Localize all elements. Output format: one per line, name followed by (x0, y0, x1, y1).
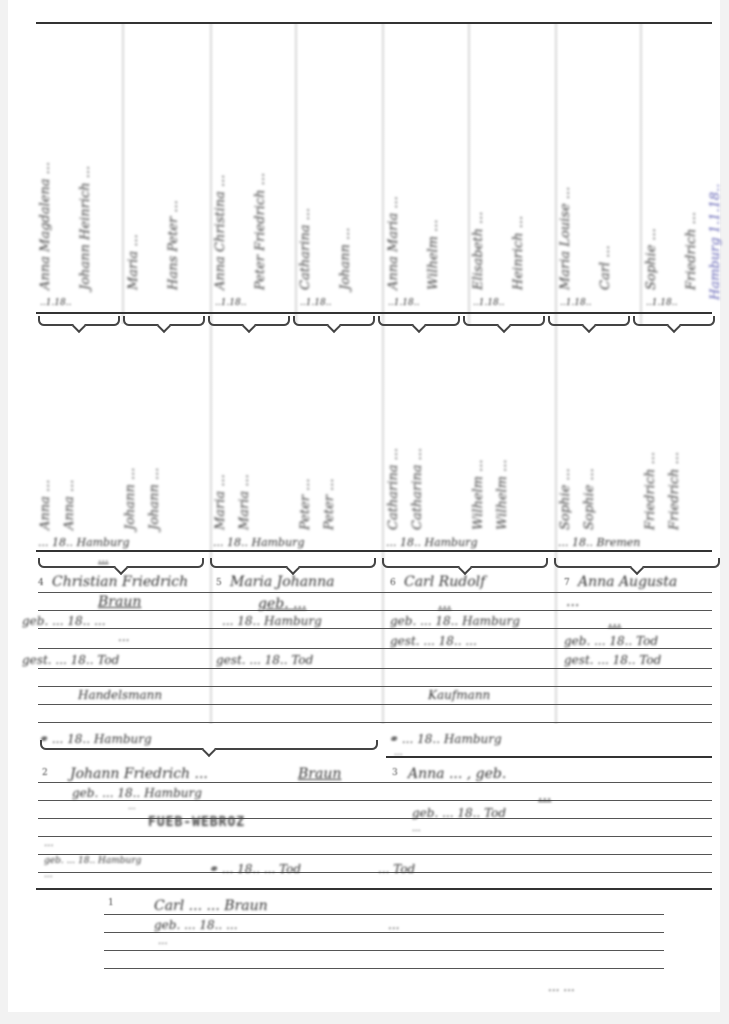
ancestor-entry: Anna Magdalena ... (38, 162, 53, 290)
brace (293, 316, 375, 326)
father-name: Johann Friedrich ... (70, 766, 208, 782)
ancestor-entry: Sophie ... (644, 228, 659, 290)
stamp: FUEB-WEBROZ (148, 815, 245, 830)
brace (123, 316, 205, 326)
parent-died: gest. ... 18.. Tod (216, 653, 313, 667)
brace (210, 558, 376, 568)
ancestor-entry: Hans Peter ... (166, 200, 181, 290)
brace (208, 316, 290, 326)
ancestor-entry: Anna Maria ... (386, 196, 401, 290)
ancestor-entry: Heinrich ... (511, 216, 526, 290)
footer-note: ... ... (548, 980, 575, 994)
rule (104, 932, 664, 933)
column-divider (553, 24, 559, 724)
ancestor-entry: Johann ... (338, 228, 353, 290)
parent-born: geb. ... 18.. Tod (564, 634, 658, 648)
ancestor-entry: Catharina ... (298, 208, 313, 290)
parent-name: Maria Johanna (230, 574, 334, 590)
rule (38, 800, 712, 801)
ancestor-entry: Peter Friedrich ... (253, 173, 268, 290)
parent-surname: ... (438, 596, 451, 612)
rule (38, 872, 712, 873)
rule (38, 592, 712, 593)
parent-surname: ... (566, 594, 579, 610)
parent-born: ... 18.. Hamburg (222, 614, 322, 628)
brace (38, 316, 120, 326)
ancestor-entry: Anna Christina ... (213, 175, 228, 290)
ancestor-date: ..1.18.. (473, 298, 504, 308)
parent-born: geb. ... 18.. Hamburg (390, 614, 520, 628)
ancestor-marriage: ... 18.. Bremen (558, 536, 640, 549)
rule (38, 686, 712, 687)
ancestor-date: ..1.18.. (215, 298, 246, 308)
ancestor-entry: Elisabeth ... (471, 212, 486, 290)
proband-name: Carl ... ... Braun (154, 898, 268, 914)
ancestor-entry: Anna ... (62, 480, 77, 530)
ancestor-entry: Friedrich ... (643, 452, 658, 530)
ancestor-date: ..1.18.. (40, 298, 71, 308)
ancestor-entry: Johann ... (123, 468, 138, 530)
divider (36, 312, 712, 314)
ancestor-entry: Johann Heinrich ... (78, 166, 93, 290)
proband-note: ... (158, 936, 168, 947)
parent-occupation: Handelsmann (78, 688, 162, 702)
ancestor-date: ..1.18.. (388, 298, 419, 308)
parent-surname: Braun (98, 594, 141, 610)
rule (38, 782, 712, 783)
brace (38, 558, 204, 568)
genealogy-sheet: Anna Magdalena ...Johann Heinrich .....1… (8, 0, 720, 1012)
parent-born: geb. ... 18.. ... (22, 614, 106, 628)
proband-place: ... (388, 918, 399, 932)
ancestor-entry: Maria ... (213, 474, 228, 530)
rule (104, 914, 664, 915)
parent-name: Anna Augusta (578, 574, 677, 590)
parent-surname-2: ... (608, 614, 621, 630)
divider (36, 888, 712, 890)
father-note: ... (128, 802, 136, 811)
ancestor-entry: Catharina ... (386, 448, 401, 530)
ancestor-entry: Carl ... (598, 245, 613, 290)
brace (378, 316, 460, 326)
ancestor-date: ..1.18.. (560, 298, 591, 308)
mother-surname: ... (538, 788, 551, 804)
mother-name: Anna ... , geb. (408, 766, 506, 782)
brace (554, 558, 720, 568)
ancestor-marriage: ... 18.. Hamburg (213, 536, 304, 549)
top-border (36, 22, 712, 24)
brace (382, 558, 548, 568)
ancestor-entry: Maria ... (237, 474, 252, 530)
ancestor-entry: Sophie ... (582, 468, 597, 530)
ancestor-date: ..1.18.. (300, 298, 331, 308)
ancestor-entry: Wilhelm ... (495, 459, 510, 530)
ancestor-entry: Catharina ... (410, 448, 425, 530)
father-extra-note: ... (44, 870, 53, 880)
ancestor-entry: Wilhelm ... (426, 219, 441, 290)
rule (38, 722, 712, 723)
ancestor-entry: Maria Louise ... (558, 187, 573, 290)
parent-name: Christian Friedrich (52, 574, 188, 590)
rule (38, 704, 712, 705)
rule (38, 854, 712, 855)
mother-note: ... (412, 824, 421, 834)
parent-name: Carl Rudolf (404, 574, 485, 590)
rule (104, 950, 664, 951)
rule (104, 968, 664, 969)
ancestor-entry: Maria ... (126, 234, 141, 290)
ancestor-date: ..1.18.. (646, 298, 677, 308)
ancestor-entry: Peter ... (322, 478, 337, 530)
brace (633, 316, 715, 326)
rule (38, 648, 712, 649)
ancestor-entry: Peter ... (298, 478, 313, 530)
father-marriage: ⚭ ... 18.. ... Tod (208, 862, 301, 876)
father-extra: ... (44, 838, 54, 849)
divider (386, 756, 712, 758)
father-surname: Braun (298, 766, 341, 782)
rule (38, 668, 712, 669)
divider (36, 550, 712, 552)
father-extra-born: geb. ... 18.. Hamburg (44, 856, 141, 866)
ancestor-entry: Friedrich ... (684, 212, 699, 290)
column-divider (208, 24, 214, 724)
ancestor-entry: Anna ... (38, 480, 53, 530)
proband-born: geb. ... 18.. ... (154, 918, 238, 932)
ancestor-entry: Sophie ... (558, 468, 573, 530)
parent-died: gest. ... 18.. Tod (22, 653, 119, 667)
parent-died: gest. ... 18.. ... (390, 634, 477, 648)
brace (40, 740, 378, 750)
margin-note: Hamburg 1.1.18.. (708, 184, 723, 300)
parent-surname: geb. ... (258, 596, 306, 612)
rule (38, 610, 712, 611)
rule (38, 836, 712, 837)
parent-occupation: Kaufmann (428, 688, 490, 702)
rule (38, 818, 712, 819)
brace (463, 316, 545, 326)
marriage-right: ⚭ ... 18.. Hamburg (388, 732, 502, 746)
ancestor-entry: Johann ... (147, 468, 162, 530)
ancestor-marriage: ... 18.. Hamburg (38, 536, 129, 549)
mother-born: geb. ... 18.. Tod (412, 806, 506, 820)
brace (548, 316, 630, 326)
ancestor-marriage: ... 18.. Hamburg (386, 536, 477, 549)
parent-born-place: ... (118, 630, 129, 644)
mother-died: ... Tod (378, 862, 415, 876)
ancestor-entry: Wilhelm ... (471, 459, 486, 530)
parent-died: gest. ... 18.. Tod (564, 653, 661, 667)
ancestor-entry: Friedrich ... (667, 452, 682, 530)
father-born: geb. ... 18.. Hamburg (72, 786, 202, 800)
column-divider (380, 24, 386, 724)
